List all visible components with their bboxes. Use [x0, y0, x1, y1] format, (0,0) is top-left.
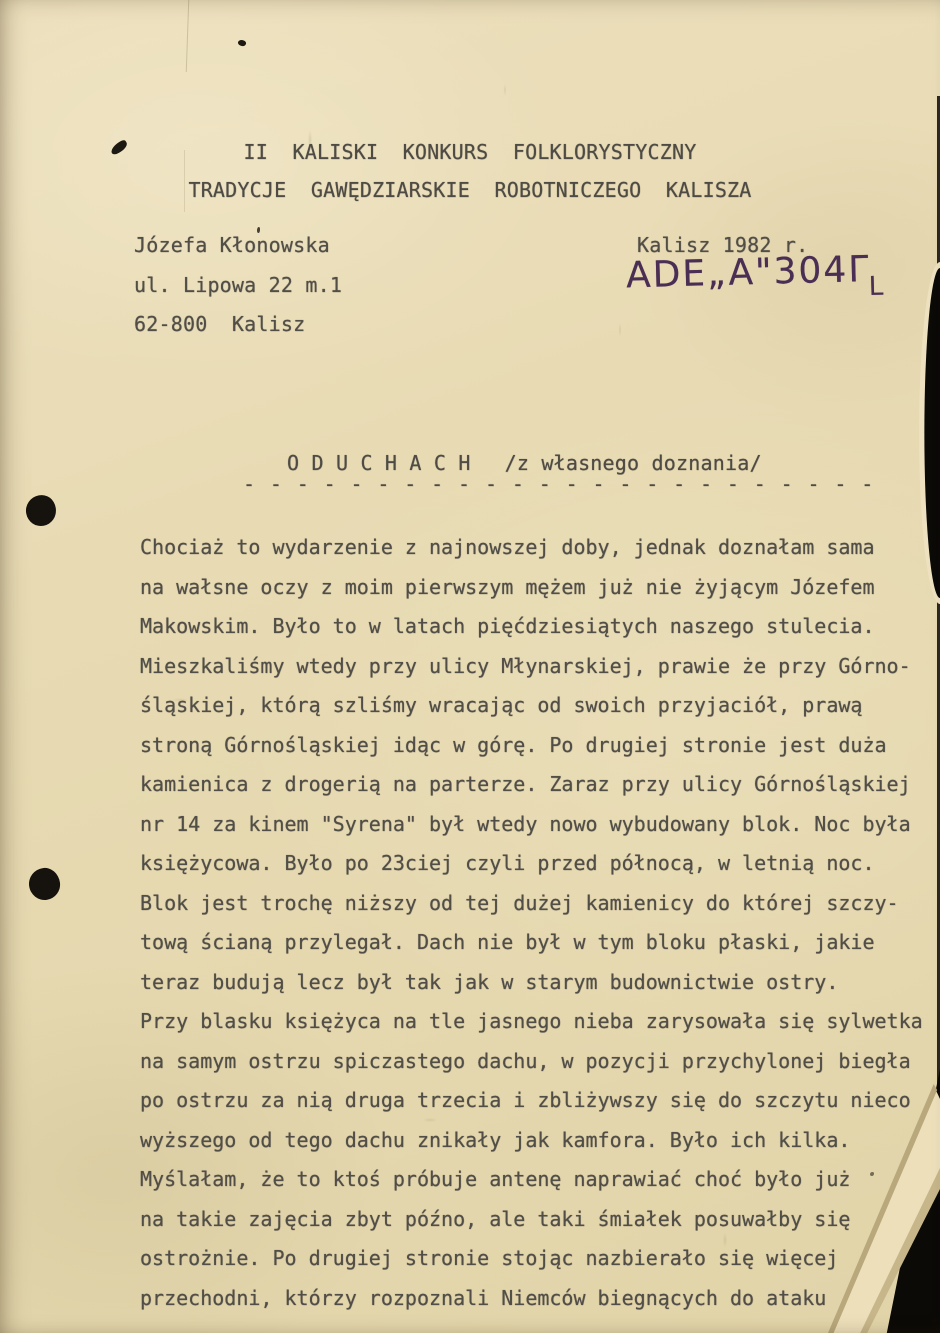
handwritten-subscript: L: [868, 272, 885, 302]
handwritten-text: ADE„A"304Γ: [626, 249, 871, 296]
document-title-line2: TRADYCJE GAWĘDZIARSKIE ROBOTNICZEGO KALI…: [0, 178, 940, 202]
scanned-document-page: II KALISKI KONKURS FOLKLORYSTYCZNY TRADY…: [0, 0, 940, 1333]
hole-punch-bottom: [27, 866, 62, 902]
body-line: księżycowa. Było po 23ciej czyli przed p…: [140, 844, 930, 884]
section-underline: - - - - - - - - - - - - - - - - - - - - …: [243, 472, 875, 496]
body-line: Blok jest trochę niższy od tej dużej kam…: [140, 884, 930, 924]
paper-crease: [186, 0, 190, 72]
body-line: nr 14 za kinem "Syrena" był wtedy nowo w…: [140, 805, 930, 845]
body-line: stroną Górnośląskiej idąc w górę. Po dru…: [140, 726, 930, 766]
author-city: 62-800 Kalisz: [134, 312, 305, 336]
body-line: na wałsne oczy z moim pierwszym mężem ju…: [140, 568, 930, 608]
ink-speck: [237, 39, 247, 48]
handwritten-archive-number: ADE„A"304ΓL: [626, 249, 887, 297]
author-street: ul. Lipowa 22 m.1: [134, 273, 342, 297]
document-title-line1: II KALISKI KONKURS FOLKLORYSTYCZNY: [0, 140, 940, 164]
author-name: Józefa Kłonowska: [134, 233, 330, 257]
hole-punch-top: [23, 492, 59, 529]
bottom-right-corner: [800, 1033, 940, 1333]
body-line: teraz budują lecz był tak jak w starym b…: [140, 963, 930, 1003]
body-line: Makowskim. Było to w latach pięćdziesiąt…: [140, 607, 930, 647]
body-line: tową ścianą przylegał. Dach nie był w ty…: [140, 923, 930, 963]
paper-crease: [184, 150, 185, 212]
body-line: Chociaż to wydarzenie z najnowszej doby,…: [140, 528, 930, 568]
body-line: śląskiej, którą szliśmy wracając od swoi…: [140, 686, 930, 726]
body-line: kamienica z drogerią na parterze. Zaraz …: [140, 765, 930, 805]
body-line: Mieszkaliśmy wtedy przy ulicy Młynarskie…: [140, 647, 930, 687]
